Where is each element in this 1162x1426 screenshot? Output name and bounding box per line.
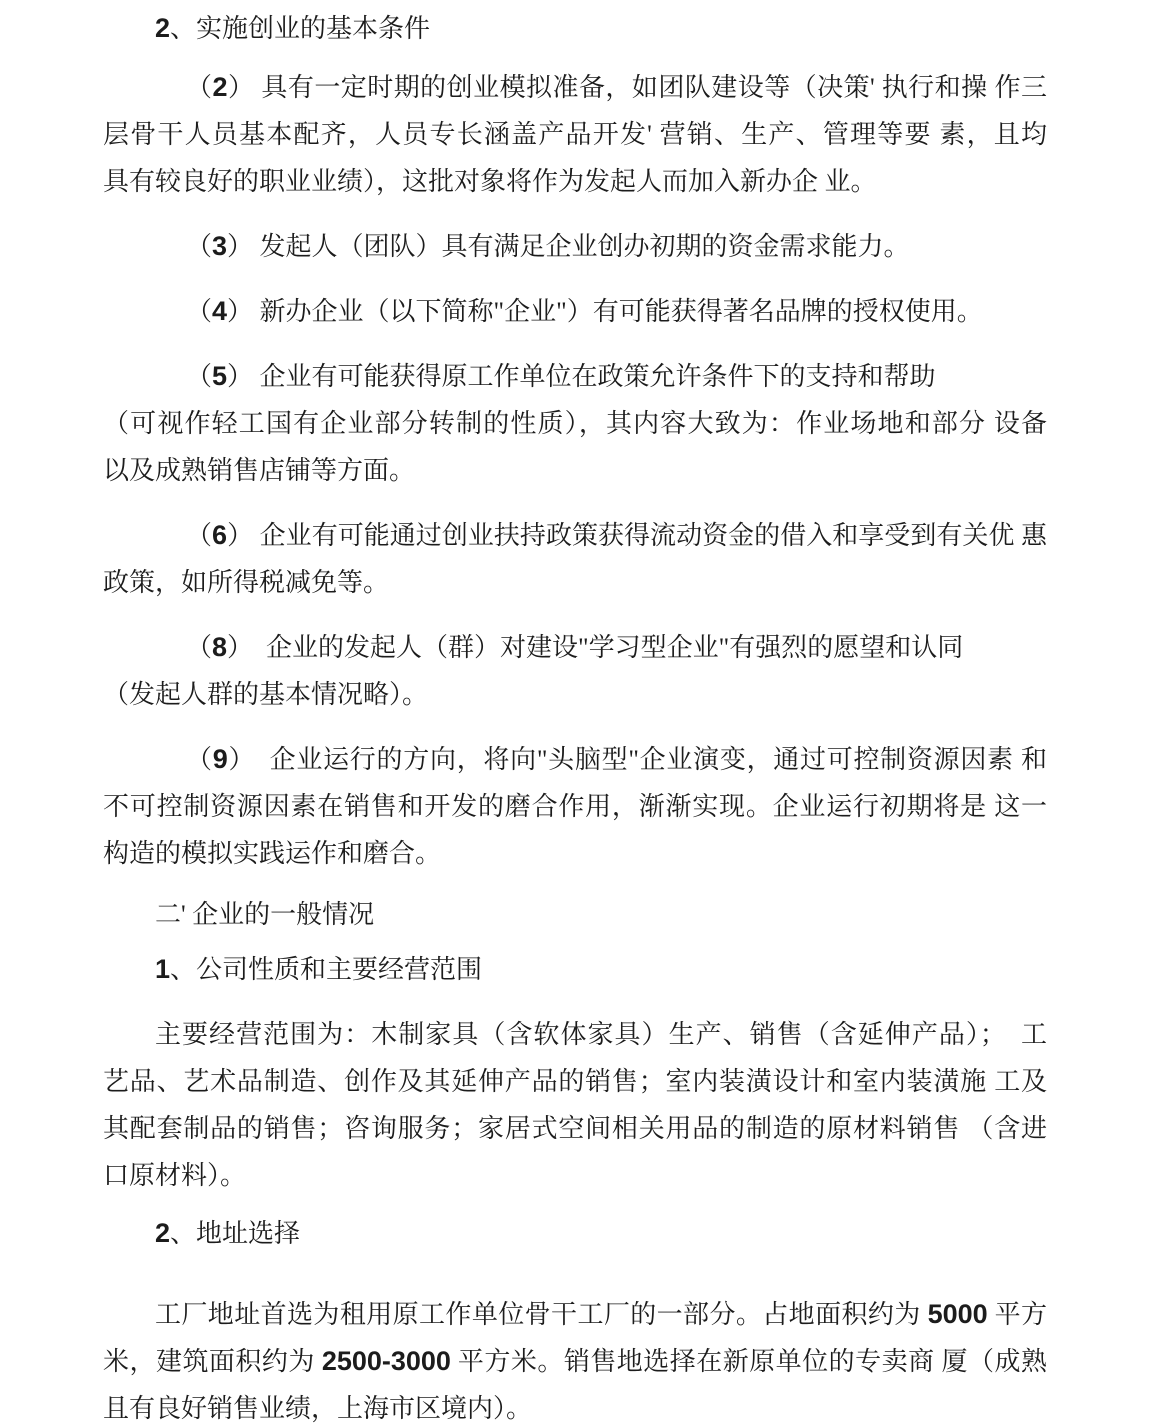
text-line: （3） 发起人（团队）具有满足企业创办初期的资金需求能力。 [103, 223, 1047, 270]
text-segment: ） 发起人（团队）具有满足企业创办初期的资金需求能力。 [227, 232, 910, 261]
text-segment: 层骨干人员基本配齐，人员专长涵盖产品开发' 营销、生产、管理等要 素，且均 [103, 120, 1047, 149]
bold-number: 8 [212, 632, 227, 662]
text-segment: 平方 [988, 1300, 1047, 1329]
text-line: （8） 企业的发起人（群）对建设"学习型企业"有强烈的愿望和认同 [103, 624, 1047, 671]
text-segment: 、实施创业的基本条件 [170, 14, 430, 43]
text-segment: 、公司性质和主要经营范围 [170, 955, 482, 984]
para-factory-address: 工厂地址首选为租用原工作单位骨干工厂的一部分。占地面积约为 5000 平方米，建… [103, 1291, 1047, 1426]
text-segment: 以及成熟销售店铺等方面。 [103, 456, 415, 485]
text-segment: （ [186, 745, 213, 774]
text-line: 口原材料）。 [103, 1152, 1047, 1199]
item-5: （5） 企业有可能获得原工作单位在政策允许条件下的支持和帮助（可视作轻工国有企业… [103, 353, 1047, 494]
document-body: 2、实施创业的基本条件（2） 具有一定时期的创业模拟准备，如团队建设等（决策' … [103, 5, 1047, 1426]
text-segment: 且有良好销售业绩，上海市区境内）。 [103, 1394, 532, 1423]
text-line: 具有较良好的职业业绩），这批对象将作为发起人而加入新办企 业。 [103, 158, 1047, 205]
item-9: （9） 企业运行的方向，将向"头脑型"企业演变，通过可控制资源因素 和不可控制资… [103, 736, 1047, 877]
document-page: 2、实施创业的基本条件（2） 具有一定时期的创业模拟准备，如团队建设等（决策' … [0, 0, 1162, 1426]
item-8: （8） 企业的发起人（群）对建设"学习型企业"有强烈的愿望和认同（发起人群的基本… [103, 624, 1047, 718]
text-line: （5） 企业有可能获得原工作单位在政策允许条件下的支持和帮助 [103, 353, 1047, 400]
text-segment: 其配套制品的销售；咨询服务；家居式空间相关用品的制造的原材料销售 （含进 [103, 1114, 1047, 1143]
text-line: 二' 企业的一般情况 [103, 891, 1047, 938]
text-segment: ） 企业有可能通过创业扶持政策获得流动资金的借入和享受到有关优 惠 [227, 521, 1047, 550]
text-line: 以及成熟销售店铺等方面。 [103, 447, 1047, 494]
item-3: （3） 发起人（团队）具有满足企业创办初期的资金需求能力。 [103, 223, 1047, 270]
bold-number: 2 [212, 72, 227, 102]
text-line: 层骨干人员基本配齐，人员专长涵盖产品开发' 营销、生产、管理等要 素，且均 [103, 111, 1047, 158]
text-line: （4） 新办企业（以下简称"企业"）有可能获得著名品牌的授权使用。 [103, 288, 1047, 335]
heading-company-nature: 1、公司性质和主要经营范围 [103, 946, 1047, 993]
text-line: 政策，如所得税减免等。 [103, 559, 1047, 606]
bold-number: 4 [212, 296, 227, 326]
text-segment: 政策，如所得税减免等。 [103, 568, 389, 597]
text-segment: （可视作轻工国有企业部分转制的性质），其内容大致为：作业场地和部分 设备 [103, 409, 1047, 438]
text-line: （可视作轻工国有企业部分转制的性质），其内容大致为：作业场地和部分 设备 [103, 400, 1047, 447]
bold-number: 6 [212, 520, 227, 550]
para-business-scope: 主要经营范围为：木制家具（含软体家具）生产、销售（含延伸产品）； 工艺品、艺术品… [103, 1011, 1047, 1199]
text-line: 艺品、艺术品制造、创作及其延伸产品的销售；室内装潢设计和室内装潢施 工及 [103, 1058, 1047, 1105]
text-line: （6） 企业有可能通过创业扶持政策获得流动资金的借入和享受到有关优 惠 [103, 512, 1047, 559]
text-line: 且有良好销售业绩，上海市区境内）。 [103, 1385, 1047, 1426]
text-segment: 米，建筑面积约为 [103, 1347, 322, 1376]
text-segment: （ [186, 362, 212, 391]
text-line: 工厂地址首选为租用原工作单位骨干工厂的一部分。占地面积约为 5000 平方 [103, 1291, 1047, 1338]
bold-number: 5000 [928, 1299, 988, 1329]
text-segment: ） 新办企业（以下简称"企业"）有可能获得著名品牌的授权使用。 [227, 297, 983, 326]
text-segment: （ [186, 232, 212, 261]
text-segment: （ [186, 297, 212, 326]
text-segment: （ [186, 73, 212, 102]
text-segment: 、地址选择 [170, 1219, 300, 1248]
bold-number: 5 [212, 361, 227, 391]
text-segment: 构造的模拟实践运作和磨合。 [103, 839, 441, 868]
text-line: 米，建筑面积约为 2500-3000 平方米。销售地选择在新原单位的专卖商 厦（… [103, 1338, 1047, 1385]
item-2: （2） 具有一定时期的创业模拟准备，如团队建设等（决策' 执行和操 作三层骨干人… [103, 64, 1047, 205]
text-segment: 具有较良好的职业业绩），这批对象将作为发起人而加入新办企 业。 [103, 167, 877, 196]
text-line: 主要经营范围为：木制家具（含软体家具）生产、销售（含延伸产品）； 工 [103, 1011, 1047, 1058]
text-segment: 主要经营范围为：木制家具（含软体家具）生产、销售（含延伸产品）； 工 [155, 1020, 1047, 1049]
bold-number: 9 [213, 744, 228, 774]
bold-number: 2500-3000 [322, 1346, 451, 1376]
text-segment: ） 企业有可能获得原工作单位在政策允许条件下的支持和帮助 [227, 362, 936, 391]
text-segment: ） 企业运行的方向，将向"头脑型"企业演变，通过可控制资源因素 和 [228, 745, 1047, 774]
text-segment: 二' 企业的一般情况 [155, 900, 374, 929]
text-line: 其配套制品的销售；咨询服务；家居式空间相关用品的制造的原材料销售 （含进 [103, 1105, 1047, 1152]
text-line: 2、地址选择 [103, 1210, 1047, 1257]
text-segment: 艺品、艺术品制造、创作及其延伸产品的销售；室内装潢设计和室内装潢施 工及 [103, 1067, 1047, 1096]
text-line: 1、公司性质和主要经营范围 [103, 946, 1047, 993]
text-segment: 平方米。销售地选择在新原单位的专卖商 厦（成熟 [451, 1347, 1047, 1376]
text-segment: ） 具有一定时期的创业模拟准备，如团队建设等（决策' 执行和操 作三 [228, 73, 1048, 102]
heading-section-2-general-situation: 二' 企业的一般情况 [103, 891, 1047, 938]
heading-address-selection: 2、地址选择 [103, 1210, 1047, 1257]
item-6: （6） 企业有可能通过创业扶持政策获得流动资金的借入和享受到有关优 惠政策，如所… [103, 512, 1047, 606]
item-4: （4） 新办企业（以下简称"企业"）有可能获得著名品牌的授权使用。 [103, 288, 1047, 335]
text-line: （2） 具有一定时期的创业模拟准备，如团队建设等（决策' 执行和操 作三 [103, 64, 1047, 111]
text-segment: ） 企业的发起人（群）对建设"学习型企业"有强烈的愿望和认同 [227, 633, 963, 662]
text-segment: （发起人群的基本情况略）。 [103, 680, 428, 709]
bold-number: 2 [155, 13, 170, 43]
text-segment: 不可控制资源因素在销售和开发的磨合作用，渐渐实现。企业运行初期将是 这一 [103, 792, 1047, 821]
text-line: （9） 企业运行的方向，将向"头脑型"企业演变，通过可控制资源因素 和 [103, 736, 1047, 783]
bold-number: 3 [212, 231, 227, 261]
bold-number: 2 [155, 1218, 170, 1248]
text-segment: 工厂地址首选为租用原工作单位骨干工厂的一部分。占地面积约为 [155, 1300, 928, 1329]
text-line: 2、实施创业的基本条件 [103, 5, 1047, 52]
text-segment: （ [186, 521, 212, 550]
text-segment: （ [186, 633, 212, 662]
bold-number: 1 [155, 954, 170, 984]
heading-implementation-conditions: 2、实施创业的基本条件 [103, 5, 1047, 52]
text-line: （发起人群的基本情况略）。 [103, 671, 1047, 718]
text-segment: 口原材料）。 [103, 1161, 246, 1190]
text-line: 构造的模拟实践运作和磨合。 [103, 830, 1047, 877]
text-line: 不可控制资源因素在销售和开发的磨合作用，渐渐实现。企业运行初期将是 这一 [103, 783, 1047, 830]
